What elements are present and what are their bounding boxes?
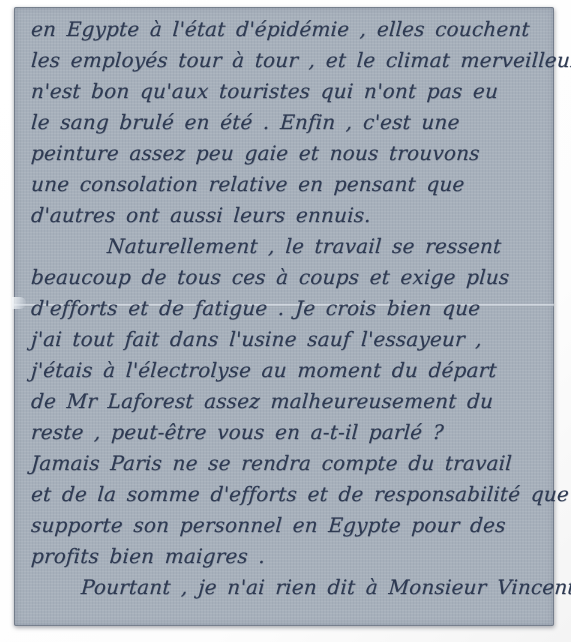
letter-line: profits bien maigres .: [30, 541, 552, 572]
letter-line: une consolation relative en pensant que: [30, 169, 552, 200]
letter-line: de Mr Laforest assez malheureusement du: [30, 386, 552, 417]
letter-line: Pourtant , je n'ai rien dit à Monsieur V…: [30, 572, 552, 603]
letter-line: d'efforts et de fatigue . Je crois bien …: [30, 293, 552, 324]
letter-line: peinture assez peu gaie et nous trouvons: [30, 138, 552, 169]
letter-line: les employés tour à tour , et le climat …: [30, 45, 552, 76]
letter-line: reste , peut-être vous en a-t-il parlé ?: [30, 417, 552, 448]
letter-line: Naturellement , le travail se ressent: [30, 231, 552, 262]
letter-line: Jamais Paris ne se rendra compte du trav…: [30, 448, 552, 479]
letter-line: en Egypte à l'état d'épidémie , elles co…: [30, 14, 552, 45]
letter-line: j'ai tout fait dans l'usine sauf l'essay…: [30, 324, 552, 355]
scan-background: en Egypte à l'état d'épidémie , elles co…: [0, 0, 571, 642]
letter-line: le sang brulé en été . Enfin , c'est une: [30, 107, 552, 138]
letter-line: j'étais à l'électrolyse au moment du dép…: [30, 355, 552, 386]
letter-line: d'autres ont aussi leurs ennuis.: [30, 200, 552, 231]
letter-line: et de la somme d'efforts et de responsab…: [30, 479, 552, 510]
letter-page: en Egypte à l'état d'épidémie , elles co…: [14, 7, 554, 626]
letter-line: n'est bon qu'aux touristes qui n'ont pas…: [30, 76, 552, 107]
letter-line: beaucoup de tous ces à coups et exige pl…: [30, 262, 552, 293]
letter-text: en Egypte à l'état d'épidémie , elles co…: [30, 14, 550, 603]
fold-crease-tear: [12, 297, 26, 309]
letter-line: supporte son personnel en Egypte pour de…: [30, 510, 552, 541]
